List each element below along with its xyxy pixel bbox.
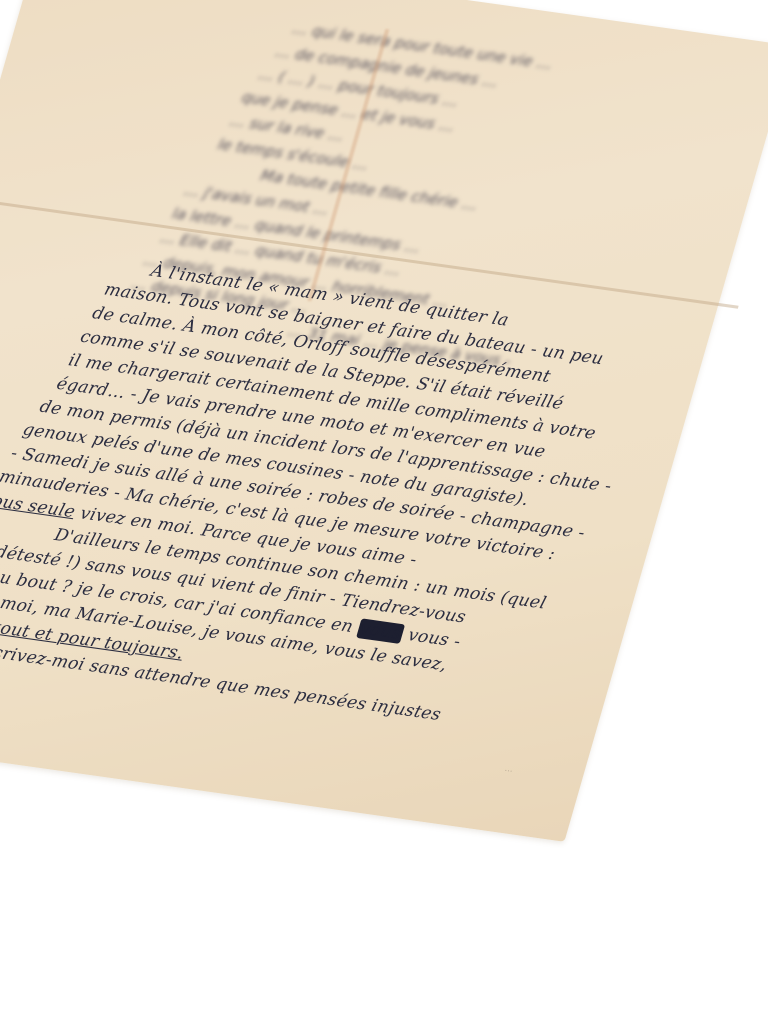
corner-mark: … bbox=[504, 764, 514, 774]
letter-page: … qui le sera pour toute une vie … … de … bbox=[0, 0, 768, 842]
crossed-out-word: vous bbox=[356, 618, 406, 644]
